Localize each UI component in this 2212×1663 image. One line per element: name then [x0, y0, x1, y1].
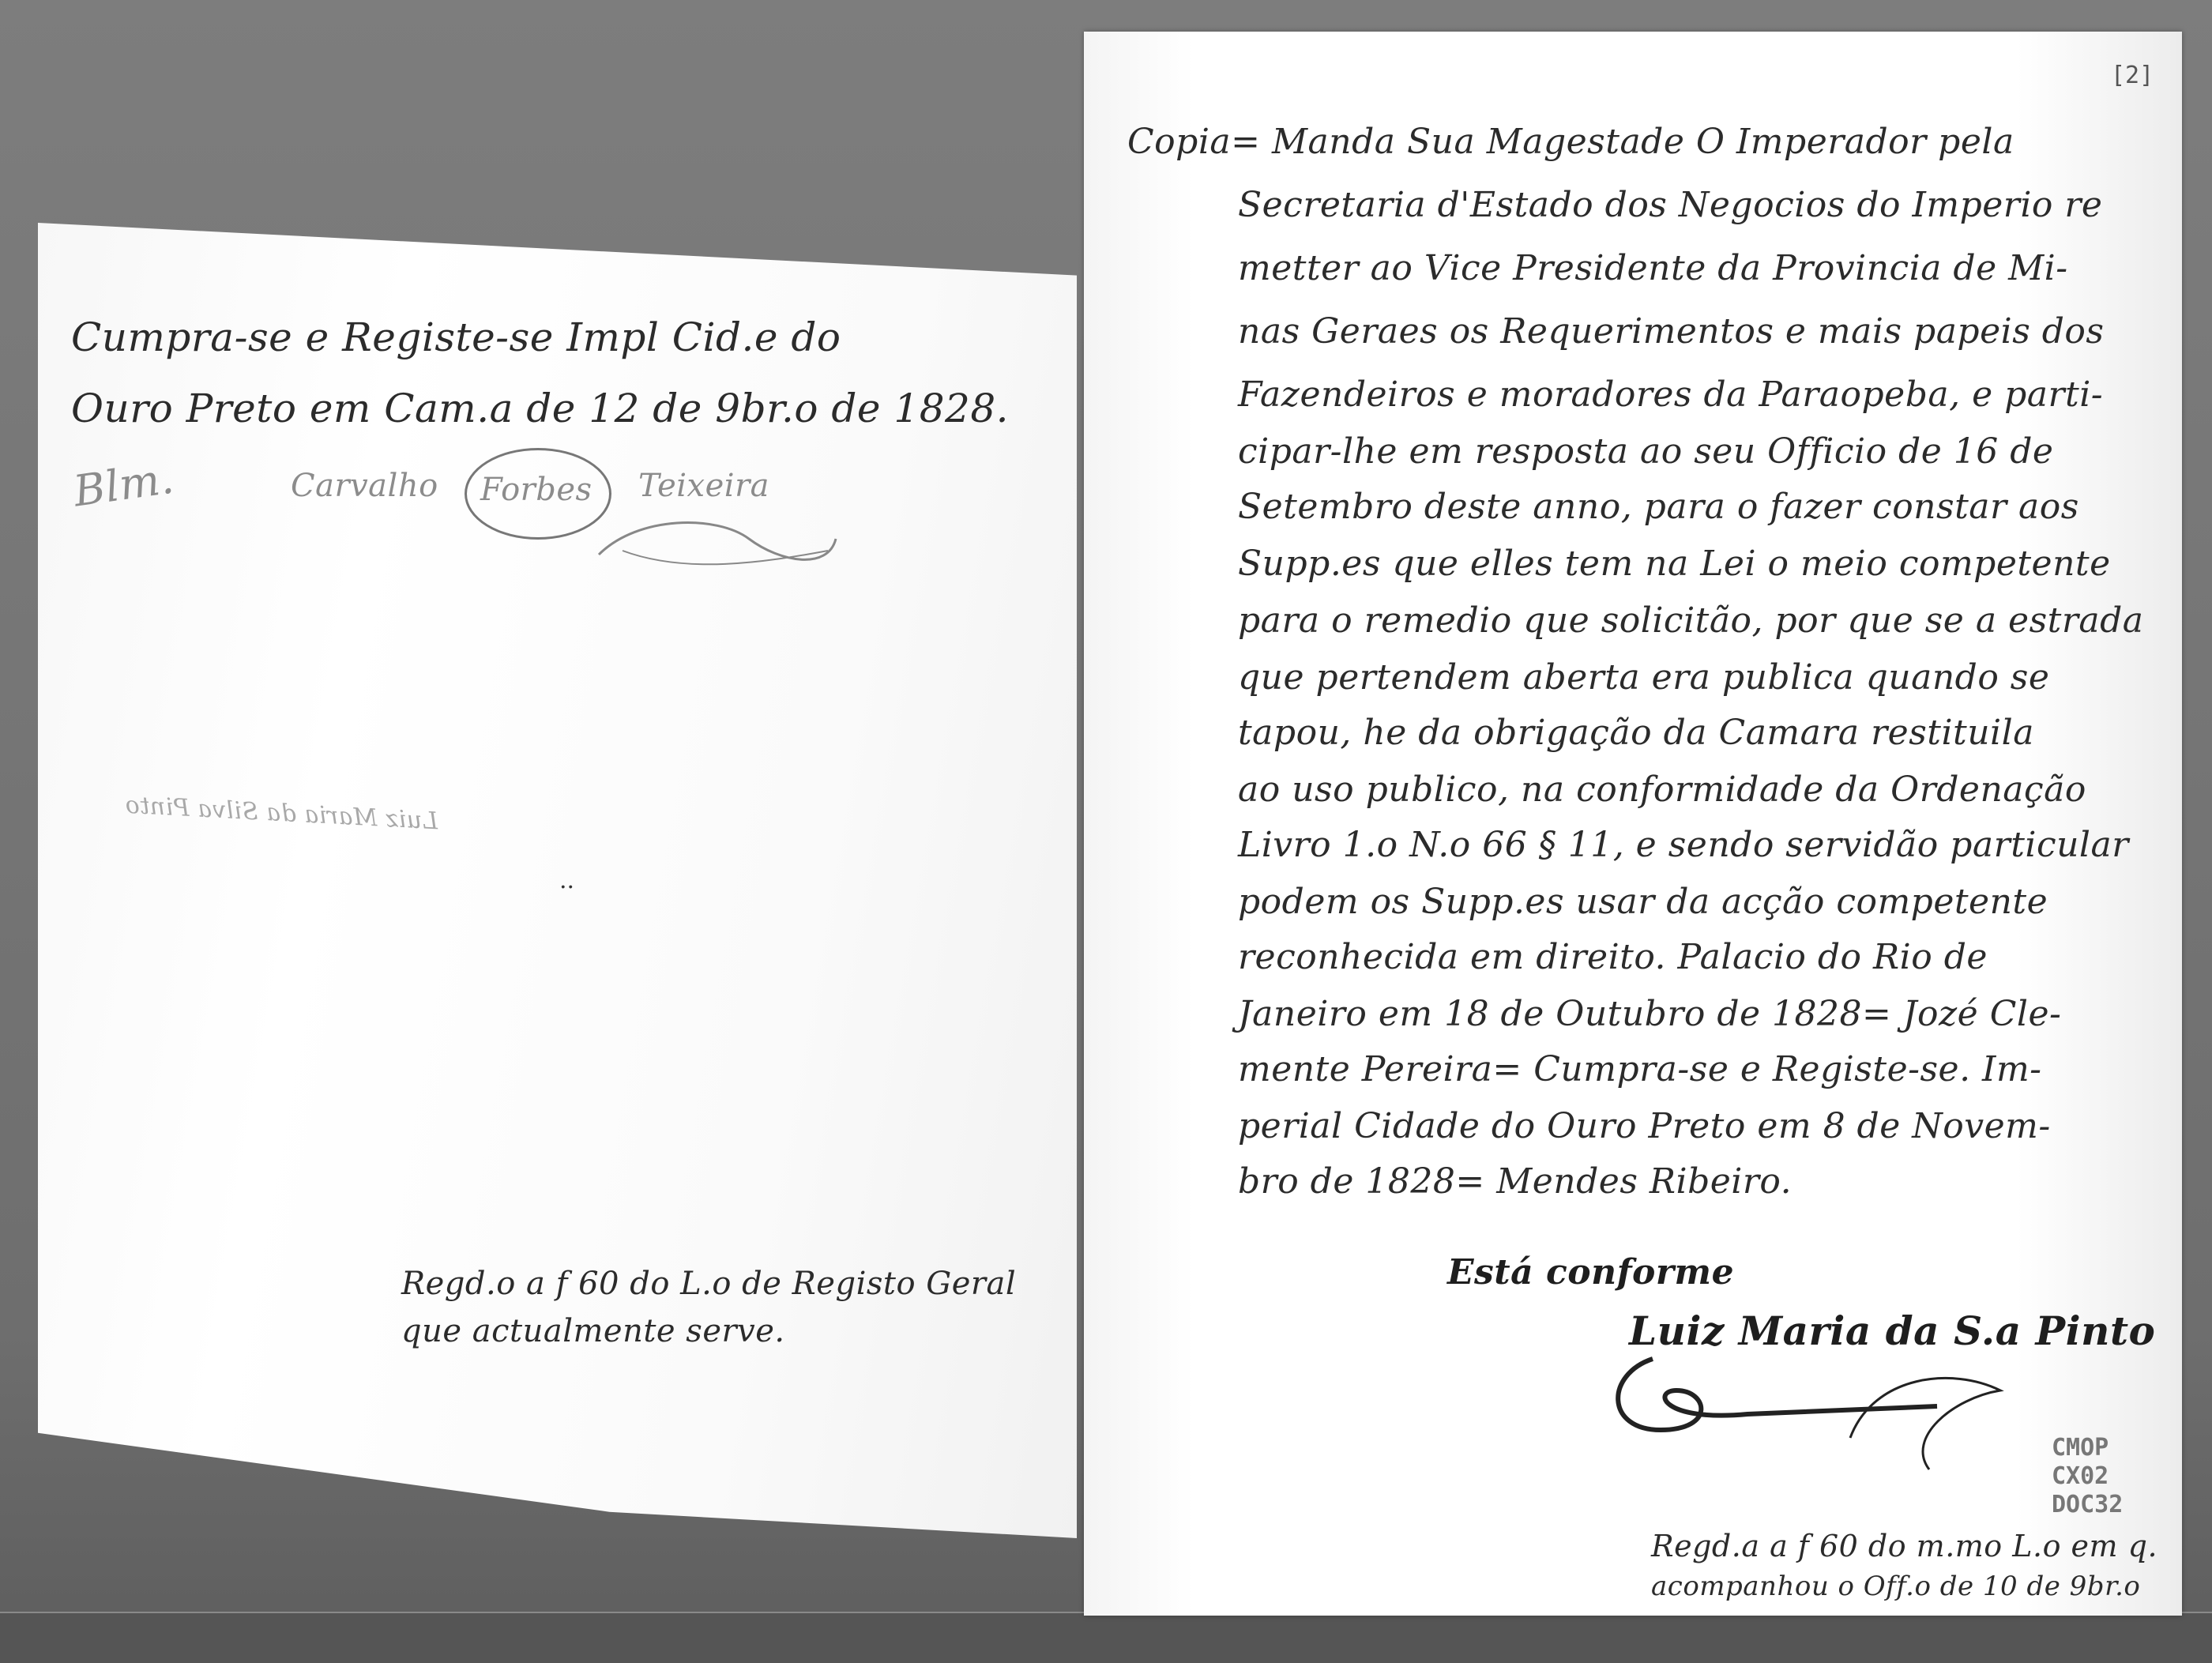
signature-initials: Blm.	[70, 453, 177, 516]
body-line-6: cipar-lhe em resposta ao seu Officio de …	[1238, 435, 2053, 469]
body-line-8: Supp.es que elles tem na Lei o meio comp…	[1238, 547, 2111, 581]
body-line-19: bro de 1828= Mendes Ribeiro.	[1238, 1164, 1792, 1199]
registry-note-line-1: Regd.o a f 60 do L.o de Registo Geral	[401, 1266, 1016, 1302]
bleed-through-text: Luiz Maria da Silva Pinto	[124, 792, 438, 836]
order-line-2: Ouro Preto em Cam.a de 12 de 9br.o de 18…	[71, 389, 1009, 428]
body-line-15: reconhecida em direito. Palacio do Rio d…	[1238, 940, 1988, 975]
body-line-2: Secretaria d'Estado dos Negocios do Impe…	[1238, 188, 2102, 223]
body-line-3: metter ao Vice Presidente da Provincia d…	[1238, 251, 2068, 286]
body-line-9: para o remedio que solicitão, por que se…	[1238, 604, 2144, 638]
signature-flourish-icon	[591, 507, 844, 578]
archive-stamp-line-3: DOC32	[2052, 1491, 2123, 1519]
signature-carvalho: Carvalho	[291, 468, 438, 504]
right-registry-note-line-1: Regd.a a f 60 do m.mo L.o em q.	[1651, 1529, 2157, 1563]
body-line-11: tapou, he da obrigação da Camara restitu…	[1238, 716, 2034, 751]
body-line-10: que pertendem aberta era publica quando …	[1238, 660, 2049, 695]
archive-stamp-line-2: CX02	[2052, 1462, 2123, 1491]
body-line-17: mente Pereira= Cumpra-se e Registe-se. I…	[1238, 1052, 2042, 1087]
body-line-7: Setembro deste anno, para o fazer consta…	[1238, 490, 2079, 525]
body-line-5: Fazendeiros e moradores da Paraopeba, e …	[1238, 378, 2103, 412]
signature-teixeira: Teixeira	[638, 468, 769, 504]
right-page: [2] Copia= Manda Sua Magestade O Imperad…	[1084, 32, 2182, 1616]
right-registry-note-line-2: acompanhou o Off.o de 10 de 9br.o	[1651, 1571, 2140, 1602]
left-page: Cumpra-se e Registe-se Impl Cid.e do Our…	[38, 223, 1077, 1538]
attestation-label: Está conforme	[1447, 1252, 1734, 1292]
body-line-14: podem os Supp.es usar da acção competent…	[1238, 885, 2048, 920]
order-line-1: Cumpra-se e Registe-se Impl Cid.e do	[71, 318, 841, 357]
body-line-13: Livro 1.o N.o 66 § 11, e sendo servidão …	[1238, 828, 2129, 863]
ink-dots: ..	[559, 867, 574, 894]
body-line-12: ao uso publico, na conformidade da Orden…	[1238, 773, 2086, 807]
body-line-18: perial Cidade do Ouro Preto em 8 de Nove…	[1238, 1109, 2051, 1144]
body-line-1: Copia= Manda Sua Magestade O Imperador p…	[1127, 125, 2014, 160]
page-number: [2]	[2111, 62, 2154, 89]
body-line-16: Janeiro em 18 de Outubro de 1828= Jozé C…	[1238, 997, 2061, 1032]
body-line-4: nas Geraes os Requerimentos e mais papei…	[1238, 314, 2105, 349]
registry-note-line-2: que actualmente serve.	[401, 1313, 785, 1349]
archive-stamp: CMOP CX02 DOC32	[2052, 1434, 2123, 1519]
scanner-bed-edge	[0, 1612, 2212, 1663]
archive-stamp-line-1: CMOP	[2052, 1434, 2123, 1462]
signature-flourish-icon	[1589, 1343, 2032, 1477]
signature-forbes: Forbes	[480, 472, 592, 508]
